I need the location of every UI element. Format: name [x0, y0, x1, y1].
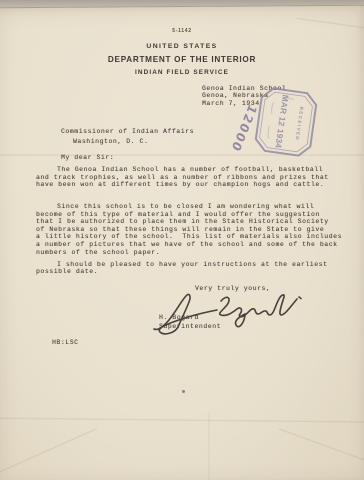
- recipient-address: Washington, D. C.: [61, 137, 194, 147]
- salutation: My dear Sir:: [61, 154, 114, 162]
- body-paragraph-1: The Genoa Indian School has a number of …: [36, 166, 360, 189]
- stamp-received-label: RECEIVED: [294, 106, 304, 141]
- letterhead-country: UNITED STATES: [0, 43, 364, 50]
- body-paragraph-3: I should be pleased to have your instruc…: [36, 261, 360, 276]
- scanned-letter: 5-1142 UNITED STATES DEPARTMENT OF THE I…: [0, 0, 364, 480]
- body-paragraph-2: Since this school is to be closed I am w…: [36, 203, 360, 256]
- letterhead-department: DEPARTMENT OF THE INTERIOR: [0, 55, 364, 64]
- recipient-name: Commissioner of Indian Affairs: [61, 128, 194, 135]
- recipient-block: Commissioner of Indian AffairsWashington…: [61, 127, 194, 146]
- reference-initials: HB:LSC: [52, 339, 79, 347]
- received-stamp-border: RECEIVED MAR 12 1934: [253, 85, 320, 158]
- stamp-date: MAR 12 1934: [273, 94, 290, 149]
- received-stamp: RECEIVED MAR 12 1934: [253, 85, 320, 158]
- signature-name-typed: H. Bogard: [159, 314, 199, 322]
- letterhead-service: INDIAN FIELD SERVICE: [0, 69, 364, 76]
- signature-title-typed: Superintendent: [159, 323, 221, 331]
- ink-speck: [182, 390, 185, 393]
- form-number: 5-1142: [0, 28, 364, 34]
